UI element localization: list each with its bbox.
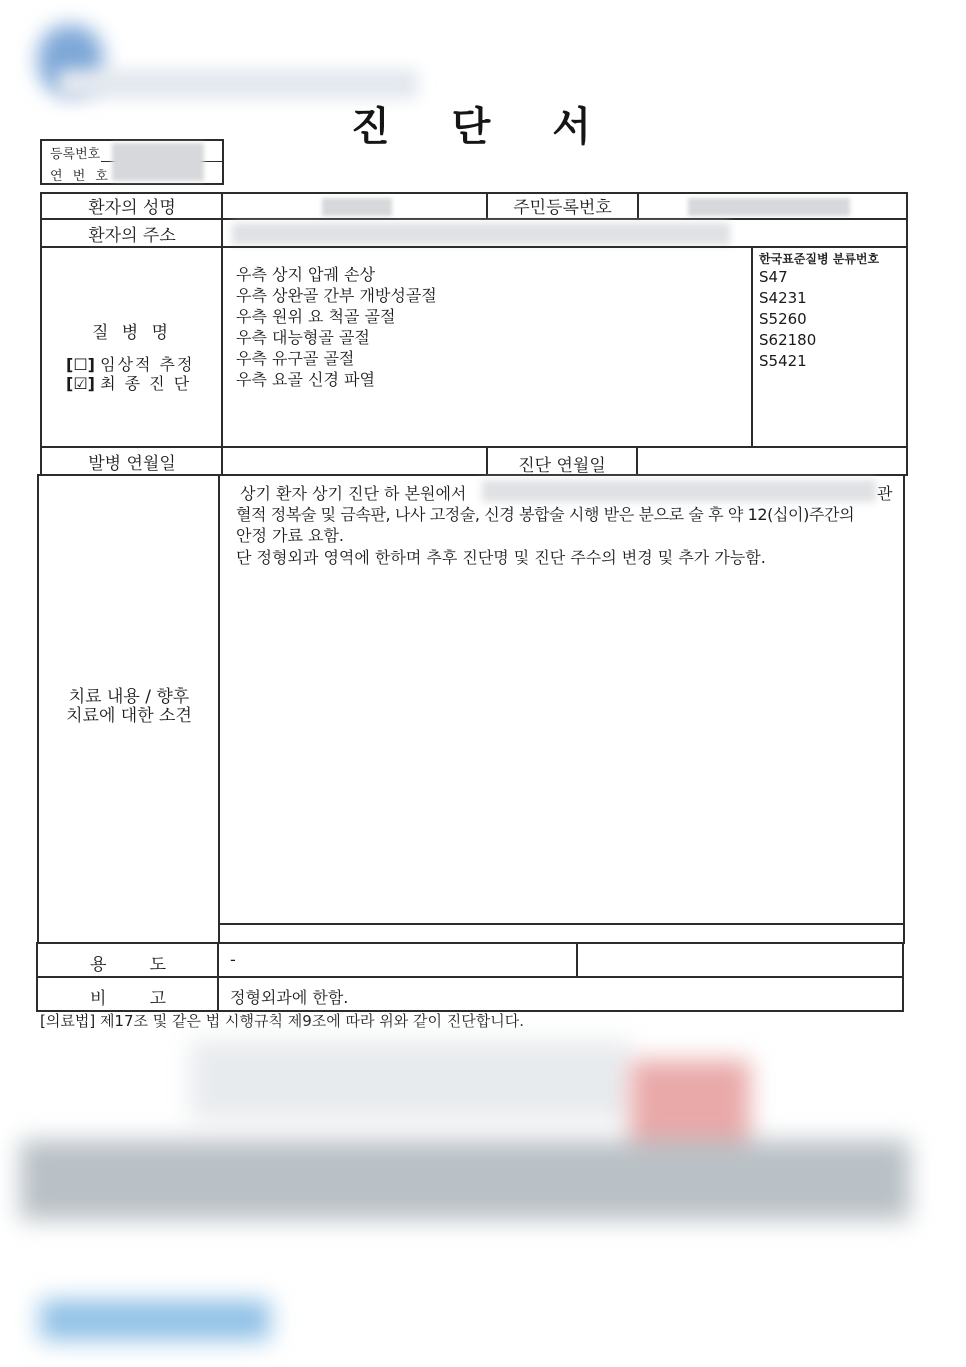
- patient-name-label: 환자의 성명: [42, 193, 222, 218]
- address-label: 환자의 주소: [42, 221, 222, 246]
- legal-statement: [의료법] 제17조 및 같은 법 시행규칙 제9조에 따라 위와 같이 진단합…: [40, 1010, 524, 1031]
- kcd-codes-header: 한국표준질병 분류번호: [759, 250, 879, 267]
- reg-no-redacted: [112, 143, 204, 181]
- hospital-logo-redacted: [38, 25, 418, 97]
- serial-no-label: 연 번 호: [50, 165, 111, 184]
- treatment-redacted: [482, 480, 876, 502]
- diagnosis-item: 우측 원위 요 척골 골절: [236, 306, 437, 327]
- treatment-label: 치료 내용 / 향후 치료에 대한 소견: [39, 688, 219, 726]
- diagnosis-item: 우측 요골 신경 파열: [236, 369, 437, 390]
- kcd-code: S4231: [759, 288, 816, 309]
- purpose-value: -: [230, 950, 236, 969]
- diagnosis-list: 우측 상지 압궤 손상 우측 상완골 간부 개방성골절 우측 원위 요 척골 골…: [236, 264, 437, 390]
- onset-date-label: 발병 연월일: [42, 449, 222, 474]
- diagnosis-item: 우측 상완골 간부 개방성골절: [236, 285, 437, 306]
- kcd-code: S47: [759, 267, 816, 288]
- final-diagnosis-option[interactable]: [☑] 최 종 진 단: [66, 371, 191, 394]
- footer-logo-redacted: [40, 1300, 270, 1340]
- treatment-line-3: 안정 가료 요함.: [236, 523, 344, 546]
- checkbox-checked-icon[interactable]: [☑]: [66, 374, 95, 393]
- reg-no-label: 등록번호: [50, 143, 100, 162]
- remarks-value: 정형외과에 한함.: [230, 985, 348, 1008]
- diagnosis-label: 질 병 명: [42, 318, 222, 343]
- rrn-label: 주민등록번호: [488, 193, 637, 218]
- treatment-line-4: 단 정형외과 영역에 한하며 추후 진단명 및 진단 주수의 변경 및 추가 가…: [236, 545, 766, 568]
- kcd-code-list: S47 S4231 S5260 S62180 S5421: [759, 267, 816, 372]
- diagnosis-item: 우측 상지 압궤 손상: [236, 264, 437, 285]
- treatment-line-1: 상기 환자 상기 진단 하 본원에서: [240, 481, 466, 504]
- diagnosis-item: 우측 대능형골 골절: [236, 327, 437, 348]
- signature-area-redacted: [190, 1040, 630, 1120]
- final-diagnosis-label: 최 종 진 단: [100, 374, 191, 393]
- purpose-label: 용 도: [38, 950, 218, 975]
- hospital-info-redacted: [20, 1140, 910, 1220]
- diagnosis-item: 우측 유구골 골절: [236, 348, 437, 369]
- rrn-redacted: [688, 198, 850, 216]
- kcd-code: S5421: [759, 351, 816, 372]
- remarks-label: 비 고: [38, 984, 218, 1009]
- patient-name-redacted: [322, 198, 392, 216]
- address-redacted: [232, 223, 730, 245]
- kcd-code: S62180: [759, 330, 816, 351]
- kcd-code: S5260: [759, 309, 816, 330]
- treatment-line-2: 혈적 정복술 및 금속판, 나사 고정술, 신경 봉합술 시행 받은 분으로 술…: [236, 502, 854, 525]
- diagnosis-date-label: 진단 연월일: [488, 451, 636, 476]
